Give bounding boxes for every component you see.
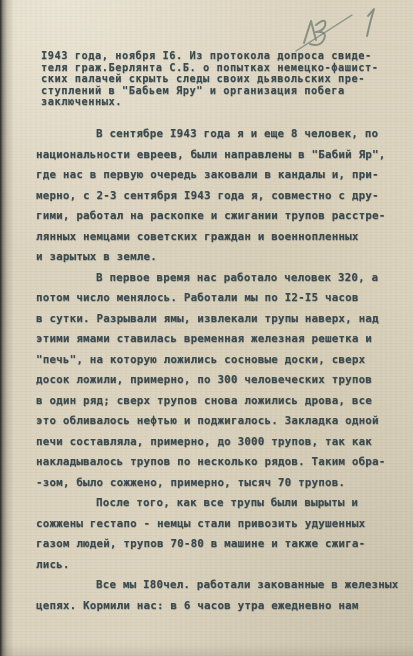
body-line: лись. [36, 555, 408, 576]
body-line: мерно, с 2-3 сентября I943 года я, совме… [36, 186, 408, 207]
body-line: "печь", на которую ложились сосновые дос… [36, 350, 408, 371]
body-line: где нас в первую очередь заковали в канд… [36, 165, 408, 186]
body-line: печи составляла, примерно, до 3000 трупо… [36, 432, 408, 453]
body-line: сожжены гестапо - немцы стали привозить … [36, 514, 408, 535]
scan-bottom-edge-shadow [0, 644, 413, 656]
body-line: это обливалось нефтью и поджигалось. Зак… [36, 411, 408, 432]
header-line: I943 года, ноября I6. Из протокола допро… [41, 51, 401, 63]
body-line: гими, работал на раскопке и сжигании тру… [36, 206, 408, 227]
body-line: Все мы I80чел. работали закованные в жел… [36, 575, 408, 596]
body-line: накладывалось трупов по несколько рядов.… [36, 452, 408, 473]
body-line: В сентябре I943 года я и еще 8 человек, … [36, 124, 408, 145]
body-line: этими ямами ставилась временная железная… [36, 329, 408, 350]
crossed-out-number-scribble [296, 15, 352, 51]
body-line: цепях. Кормили нас: в 6 часов утра ежедн… [36, 596, 408, 617]
scanned-document-page: I943 года, ноября I6. Из протокола допро… [0, 0, 413, 656]
body-line: газом людей, трупов 70-80 в машине и так… [36, 534, 408, 555]
body-line: национальности евреев, были направлены в… [36, 145, 408, 166]
scan-left-edge-shadow [0, 0, 16, 656]
body-line: и зарытых в земле. [36, 247, 408, 268]
body-line: После того, как все трупы были вырыты и [36, 493, 408, 514]
document-header: I943 года, ноября I6. Из протокола допро… [41, 51, 401, 109]
body-line: в один ряд; сверх трупов снова ложились … [36, 391, 408, 412]
handwritten-page-number [367, 9, 374, 36]
document-body: В сентябре I943 года я и еще 8 человек, … [36, 124, 408, 616]
body-line: досок ложили, примерно, по 300 человечес… [36, 370, 408, 391]
header-line: заключенных. [41, 97, 401, 109]
body-line: -зом, было сожжено, примерно, тысяч 70 т… [36, 473, 408, 494]
body-line: в сутки. Разрывали ямы, извлекали трупы … [36, 309, 408, 330]
body-line: В первое время нас работало человек 320,… [36, 268, 408, 289]
body-line: лянных немцами советских граждан и военн… [36, 227, 408, 248]
body-line: потом число менялось. Работали мы по I2-… [36, 288, 408, 309]
